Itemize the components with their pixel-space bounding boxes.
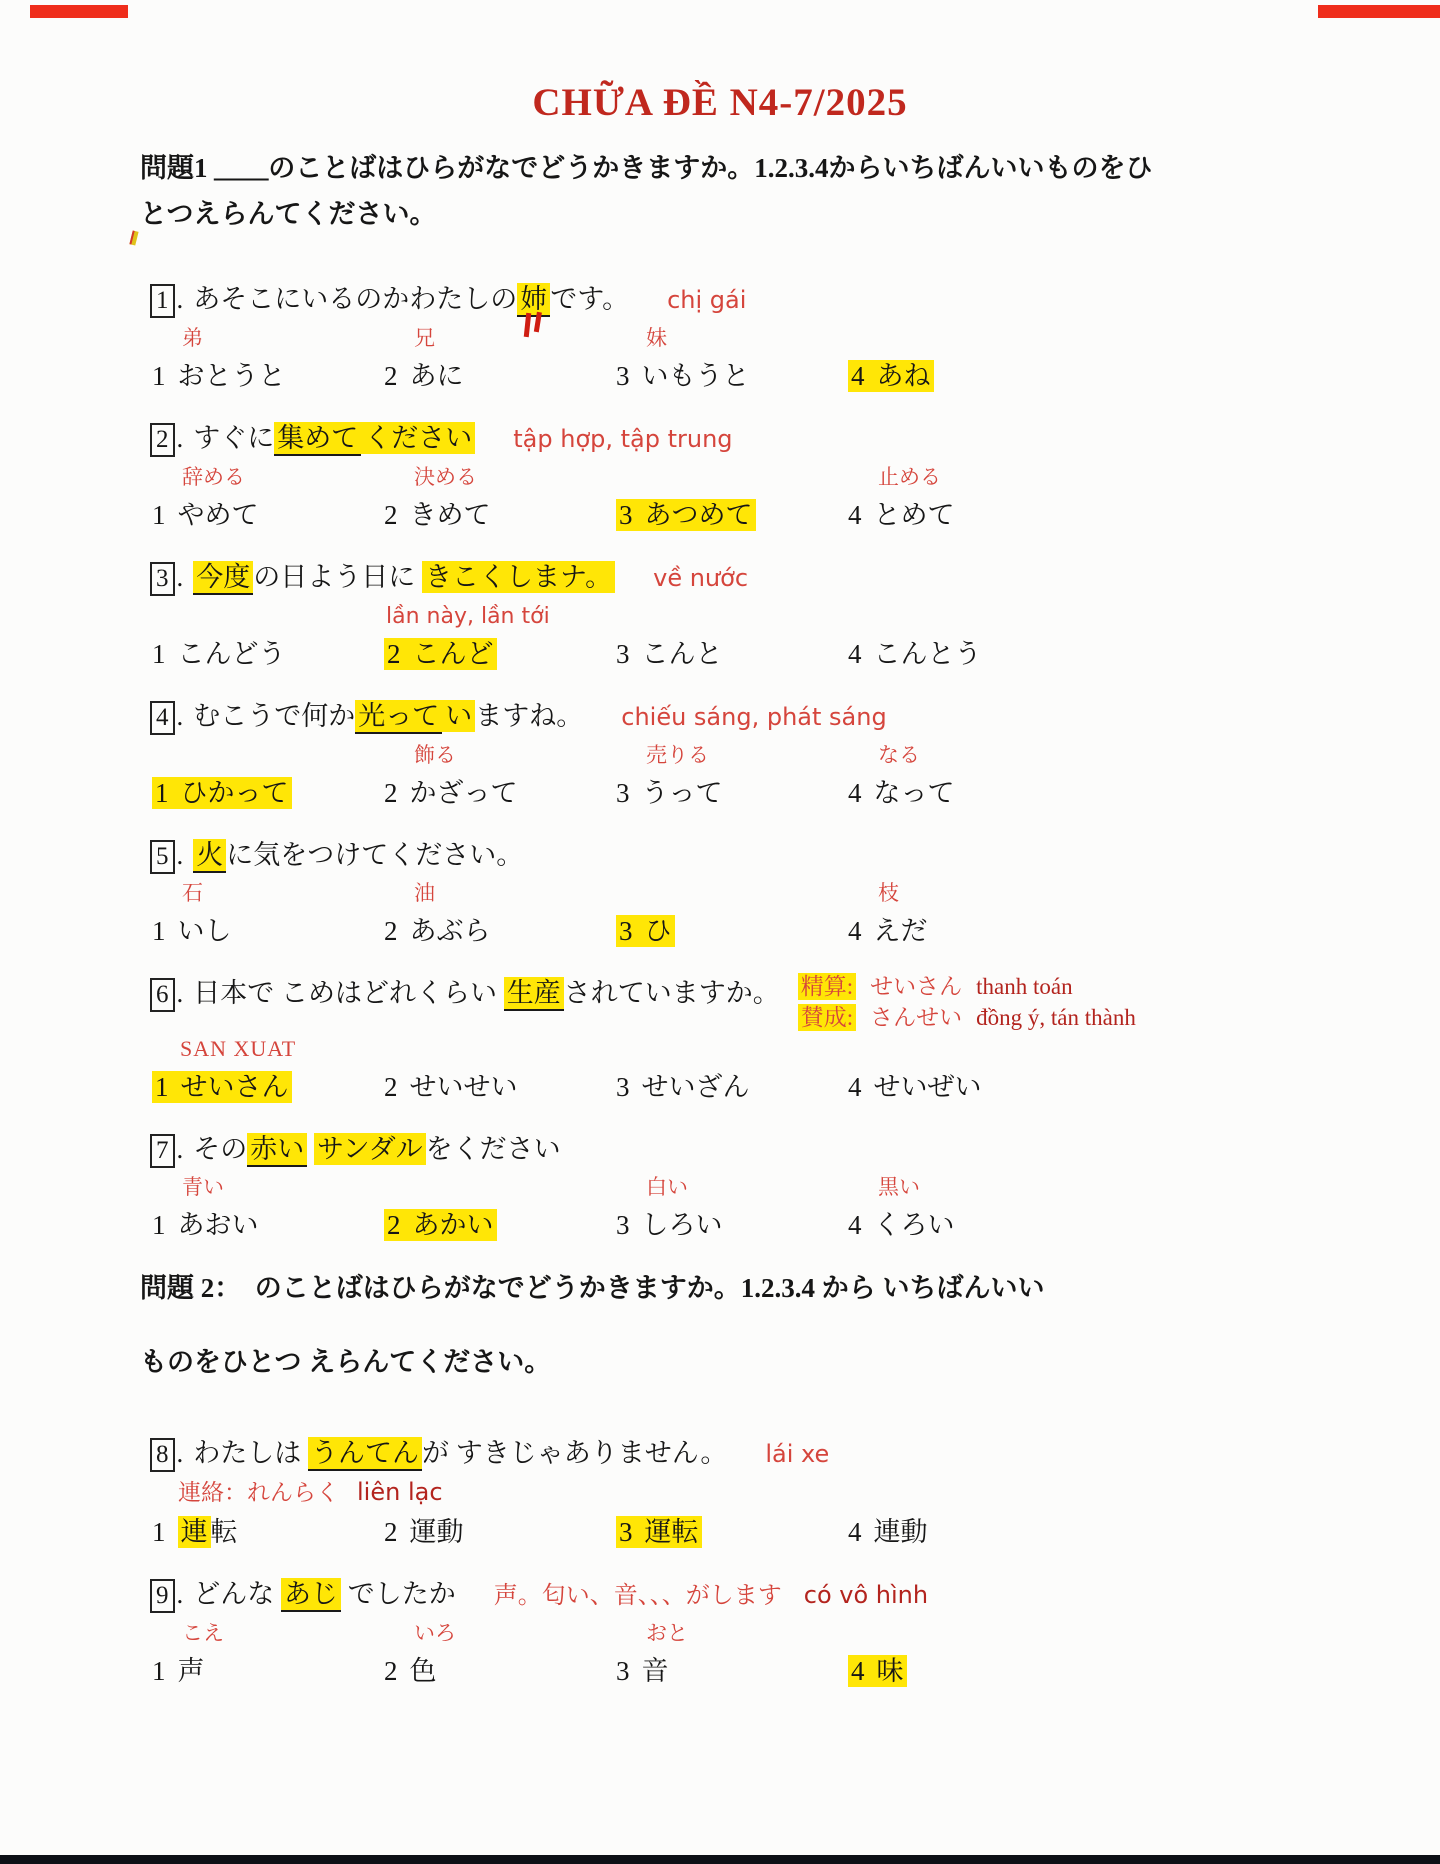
options-row: 1せいさん2せいせい3せいざん4せいぜい: [0, 1067, 1440, 1109]
option-content: 1いし: [152, 916, 232, 946]
furigana-annotation-row: 青い白い黒い: [0, 1171, 1440, 1205]
option-4: 4えだ: [848, 911, 1440, 953]
section-heading-line: 問題1 ＿＿のことばはひらがなでどうかきますか。1.2.3.4からいちばんいいも…: [140, 145, 1320, 191]
option-content: 4くろい: [848, 1210, 955, 1240]
red-annotation: có vô hình: [804, 1581, 928, 1609]
stem-text: 賛成:: [798, 1004, 856, 1031]
red-annotation: 声。匂い、音、、、がします: [494, 1581, 782, 1609]
question-stem: 8.わたしは うんてんが すきじゃありません。lái xe: [0, 1431, 1440, 1476]
question-number: 2: [150, 423, 175, 457]
option-2: 2運動: [384, 1512, 616, 1554]
option-number: 2: [384, 778, 398, 808]
stem-text: でしたか: [341, 1579, 456, 1609]
stem-text: うんてん: [308, 1437, 422, 1471]
furigana-cell: 止める: [848, 461, 1440, 495]
question-number: 9: [150, 1579, 175, 1613]
option-2: 2あかい: [384, 1205, 616, 1247]
question-number: 3: [150, 562, 175, 596]
section-2: 問題 2： のことばはひらがなでどうかきますか。1.2.3.4 から いちばんい…: [0, 1265, 1440, 1693]
furigana-cell: おと: [616, 1617, 848, 1651]
question-number-dot: .: [177, 423, 184, 453]
furigana-cell: 白い: [616, 1171, 848, 1205]
stem-text: されていますか。: [564, 978, 780, 1008]
stem-text: 姉: [517, 283, 550, 317]
furigana-note: 辞める: [152, 465, 245, 489]
furigana-note: いろ: [384, 1621, 456, 1645]
furigana-cell: こえ: [152, 1617, 384, 1651]
option-1: 1あおい: [152, 1205, 384, 1247]
stem-text: サンダル: [314, 1133, 426, 1165]
furigana-note: 青い: [152, 1175, 224, 1199]
stem-text: です。: [550, 284, 629, 314]
option-3: 3あつめて: [616, 495, 848, 537]
section-heading: 問題 2： のことばはひらがなでどうかきますか。1.2.3.4 から いちばんい…: [0, 1265, 1440, 1385]
question-number: 1: [150, 284, 175, 318]
option-number: 4: [848, 916, 862, 946]
option-2: 2せいせい: [384, 1067, 616, 1109]
question-stem: 5.火に気をつけてください。: [0, 833, 1440, 877]
option-2: 2こんど: [384, 634, 616, 676]
question-stem: 3.今度の日よう日に きこくしまナ。về nước: [0, 555, 1440, 600]
options-row: 1いし2あぶら3ひ4えだ: [0, 911, 1440, 953]
option-2: 2色: [384, 1651, 616, 1693]
section-1: 問題1 ＿＿のことばはひらがなでどうかきますか。1.2.3.4からいちばんいいも…: [0, 145, 1440, 1247]
option-text: あぶら: [410, 916, 491, 946]
option-text: おとうと: [178, 361, 286, 391]
furigana-annotation-row: 弟兄妹: [0, 322, 1440, 356]
option-number: 1: [152, 639, 166, 669]
furigana-cell: 弟: [152, 322, 384, 356]
furigana-note: 枝: [848, 881, 899, 905]
option-content: 4せいぜい: [848, 1072, 982, 1102]
option-number: 2: [384, 1072, 398, 1102]
option-text: せいさん: [181, 1072, 289, 1102]
option-number: 1: [155, 778, 169, 808]
option-number: 4: [851, 361, 865, 391]
option-3: 3運転: [616, 1512, 848, 1554]
option-number: 2: [384, 500, 398, 530]
furigana-cell: 枝: [848, 877, 1440, 911]
option-2: 2あぶら: [384, 911, 616, 953]
option-text: いもうと: [642, 361, 750, 391]
option-number: 3: [616, 1210, 630, 1240]
furigana-note: 油: [384, 881, 435, 905]
option-number: 4: [848, 1210, 862, 1240]
furigana-cell: 飾る: [384, 739, 616, 773]
option-content: 4連動: [848, 1517, 928, 1547]
option-content: 1声: [152, 1656, 205, 1686]
option-text: せいぜい: [874, 1072, 982, 1102]
stem-text: 転: [211, 1517, 238, 1547]
option-text: あかい: [413, 1210, 494, 1240]
question-stem: 2.すぐに集めてくださいtập hợp, tập trung: [0, 416, 1440, 461]
furigana-annotation-row: SAN XUAT: [0, 1033, 1440, 1067]
furigana-note: lần này, lần tới: [384, 604, 550, 629]
furigana-annotation-row: 飾る売りるなる: [0, 739, 1440, 773]
section-heading-line: 問題 2： のことばはひらがなでどうかきますか。1.2.3.4 から いちばんい…: [140, 1265, 1320, 1311]
furigana-annotation-row: 辞める決める止める: [0, 461, 1440, 495]
red-annotation: tập hợp, tập trung: [513, 425, 732, 453]
option-number: 2: [384, 1656, 398, 1686]
options-row: 1連転2運動3運転4連動: [0, 1512, 1440, 1554]
option-3: 3しろい: [616, 1205, 848, 1247]
option-text: 連動: [874, 1517, 928, 1547]
option-text: こんとう: [874, 639, 982, 669]
option-1: 1連転: [152, 1512, 384, 1554]
option-number: 3: [619, 500, 633, 530]
question-stem: 1.あそこにいるのかわたしの姉です。chị gái: [0, 277, 1440, 322]
question-number: 4: [150, 701, 175, 735]
option-content: 3こんと: [616, 639, 723, 669]
option-content: 2あぶら: [384, 916, 491, 946]
option-text: 色: [410, 1656, 437, 1686]
option-text: あつめて: [645, 500, 753, 530]
stem-text: 今度: [193, 561, 253, 595]
question-number: 5: [150, 840, 175, 874]
option-text: 音: [642, 1656, 669, 1686]
section-heading-line: ものをひとつ えらんてください。: [140, 1339, 1320, 1385]
option-text: いし: [178, 916, 232, 946]
option-text: えだ: [874, 916, 928, 946]
furigana-annotation-row: 石油枝: [0, 877, 1440, 911]
correct-answer-highlight: 3あつめて: [616, 499, 756, 531]
furigana-note: なる: [848, 743, 920, 767]
option-text: うって: [642, 778, 723, 808]
option-number: 2: [384, 361, 398, 391]
question-7: 7.その赤い サンダルをください青い白い黒い1あおい2あかい3しろい4くろい: [0, 1127, 1440, 1247]
option-content: 2せいせい: [384, 1072, 518, 1102]
option-number: 4: [848, 778, 862, 808]
option-number: 4: [848, 639, 862, 669]
option-3: 3ひ: [616, 911, 848, 953]
option-text: きめて: [410, 500, 491, 530]
red-annotation: 連絡：れんらく: [178, 1480, 339, 1505]
option-3: 3せいざん: [616, 1067, 848, 1109]
option-number: 1: [152, 1210, 166, 1240]
question-number-dot: .: [177, 978, 184, 1008]
furigana-cell: [848, 322, 1440, 356]
option-number: 1: [152, 916, 166, 946]
corner-redaction-bar-left: [30, 5, 128, 18]
option-text: あおい: [178, 1210, 259, 1240]
stem-text: 光って: [355, 700, 442, 734]
question-number-dot: .: [177, 1134, 184, 1164]
furigana-note: 売りる: [616, 743, 709, 767]
furigana-note: 兄: [384, 326, 435, 350]
option-3: 3うって: [616, 773, 848, 815]
furigana-cell: 決める: [384, 461, 616, 495]
option-content: 4とめて: [848, 500, 955, 530]
stem-text: が すきじゃありません。: [422, 1438, 727, 1468]
document-page: { "title": "CHỮA ĐỀ N4-7/2025", "colors"…: [0, 0, 1440, 1864]
question-6: 6.日本で こめはどれくらい 生産されていますか。精算:せいさんthanh to…: [0, 971, 1440, 1109]
option-4: 4せいぜい: [848, 1067, 1440, 1109]
option-text: くろい: [874, 1210, 955, 1240]
option-text: せいざん: [642, 1072, 750, 1102]
options-row: 1ひかって2かざって3うって4なって: [0, 773, 1440, 815]
options-row: 1あおい2あかい3しろい4くろい: [0, 1205, 1440, 1247]
question-5: 5.火に気をつけてください。石油枝1いし2あぶら3ひ4えだ: [0, 833, 1440, 953]
option-3: 3いもうと: [616, 356, 848, 398]
option-content: 2きめて: [384, 500, 491, 530]
question-8: 8.わたしは うんてんが すきじゃありません。lái xe連絡：れんらくliên…: [0, 1431, 1440, 1554]
furigana-cell: 売りる: [616, 739, 848, 773]
option-number: 2: [384, 916, 398, 946]
options-row: 1やめて2きめて3あつめて4とめて: [0, 495, 1440, 537]
stem-text: 火: [193, 839, 226, 873]
option-content: 3しろい: [616, 1210, 723, 1240]
question-number-dot: .: [177, 840, 184, 870]
option-content: 2かざって: [384, 778, 518, 808]
option-2: 2きめて: [384, 495, 616, 537]
furigana-note: 黒い: [848, 1175, 920, 1199]
question-number: 6: [150, 978, 175, 1012]
option-content: 4えだ: [848, 916, 928, 946]
options-row: 1声2色3音4味: [0, 1651, 1440, 1693]
furigana-cell: いろ: [384, 1617, 616, 1651]
option-4: 4あね: [848, 356, 1440, 398]
red-annotation: liên lạc: [357, 1478, 443, 1506]
furigana-cell: [616, 877, 848, 911]
question-number-dot: .: [177, 284, 184, 314]
option-number: 1: [155, 1072, 169, 1102]
furigana-cell: [384, 1033, 616, 1067]
option-number: 3: [616, 361, 630, 391]
option-text: やめて: [178, 500, 259, 530]
option-text: しろい: [642, 1210, 723, 1240]
furigana-cell: 黒い: [848, 1171, 1440, 1205]
option-text: かざって: [410, 778, 518, 808]
furigana-note: こえ: [152, 1621, 224, 1645]
option-number: 3: [616, 778, 630, 808]
option-4: 4こんとう: [848, 634, 1440, 676]
question-number: 7: [150, 1134, 175, 1168]
option-content: 1おとうと: [152, 361, 286, 391]
option-number: 3: [619, 916, 633, 946]
correct-answer-highlight: 2あかい: [384, 1209, 497, 1241]
option-number: 3: [616, 639, 630, 669]
option-4: 4味: [848, 1651, 1440, 1693]
correct-answer-highlight: 1せいさん: [152, 1071, 292, 1103]
option-1: 1いし: [152, 911, 384, 953]
stem-text: わたしは: [193, 1438, 308, 1468]
furigana-cell: [848, 1617, 1440, 1651]
option-content: 2あに: [384, 361, 464, 391]
question-stem: 6.日本で こめはどれくらい 生産されていますか。精算:せいさんthanh to…: [0, 971, 1440, 1033]
option-content: 1あおい: [152, 1210, 259, 1240]
stem-text: [307, 1134, 314, 1164]
option-text: なって: [874, 778, 955, 808]
option-number: 1: [152, 361, 166, 391]
question-4: 4.むこうで何か光っていますね。chiếu sáng, phát sáng飾る売…: [0, 694, 1440, 815]
furigana-note: 妹: [616, 326, 667, 350]
furigana-cell: SAN XUAT: [152, 1033, 384, 1067]
furigana-cell: [616, 600, 848, 634]
question-number: 8: [150, 1438, 175, 1472]
option-content: 3うって: [616, 778, 723, 808]
furigana-annotation-row: こえいろおと: [0, 1617, 1440, 1651]
option-number: 3: [616, 1072, 630, 1102]
corner-redaction-bar-right: [1318, 5, 1440, 18]
option-text: 運転: [645, 1517, 699, 1547]
red-annotation: chị gái: [667, 286, 746, 314]
question-2: 2.すぐに集めてくださいtập hợp, tập trung辞める決める止める1…: [0, 416, 1440, 537]
option-number: 1: [152, 1656, 166, 1686]
furigana-cell: [616, 1033, 848, 1067]
stem-text: 生産: [504, 977, 564, 1011]
furigana-note: SAN XUAT: [152, 1036, 296, 1061]
option-3: 3こんと: [616, 634, 848, 676]
option-1: 1声: [152, 1651, 384, 1693]
option-number: 4: [851, 1656, 865, 1686]
stem-text: どんな: [193, 1579, 281, 1609]
furigana-cell: 妹: [616, 322, 848, 356]
stem-text: あじ: [281, 1578, 341, 1612]
question-stem: 9.どんな あじ でしたか声。匂い、音、、、がしますcó vô hình: [0, 1572, 1440, 1617]
furigana-note: 止める: [848, 465, 941, 489]
option-text: 声: [178, 1656, 205, 1686]
page-title: CHỮA ĐỀ N4-7/2025: [0, 80, 1440, 125]
red-annotation: về nước: [653, 564, 748, 592]
question-1: 1.あそこにいるのかわたしの姉です。chị gái弟兄妹1おとうと2あに3いもう…: [0, 277, 1440, 398]
option-text: ひかって: [181, 778, 289, 808]
section-heading: 問題1 ＿＿のことばはひらがなでどうかきますか。1.2.3.4からいちばんいいも…: [0, 145, 1440, 237]
red-annotation: đồng ý, tán thành: [976, 1005, 1136, 1030]
question-9: 9.どんな あじ でしたか声。匂い、音、、、がしますcó vô hìnhこえいろ…: [0, 1572, 1440, 1693]
furigana-note: 弟: [152, 326, 203, 350]
option-number: 4: [848, 500, 862, 530]
option-content: 3せいざん: [616, 1072, 750, 1102]
option-text: あね: [877, 361, 931, 391]
furigana-annotation-row: lần này, lần tới: [0, 600, 1440, 634]
correct-answer-highlight: 4味: [848, 1655, 907, 1687]
furigana-cell: 青い: [152, 1171, 384, 1205]
correct-answer-highlight: 2こんど: [384, 638, 497, 670]
option-content: 3いもうと: [616, 361, 750, 391]
furigana-cell: 辞める: [152, 461, 384, 495]
furigana-cell: 油: [384, 877, 616, 911]
option-number: 2: [387, 639, 401, 669]
stem-text: の日よう日に: [253, 562, 422, 592]
stem-text: きこくしまナ。: [422, 561, 615, 593]
correct-answer-highlight: 3運転: [616, 1516, 702, 1548]
furigana-note: 石: [152, 881, 203, 905]
option-1: 1おとうと: [152, 356, 384, 398]
option-content: 3音: [616, 1656, 669, 1686]
furigana-cell: [616, 461, 848, 495]
furigana-cell: [848, 600, 1440, 634]
option-text: こんと: [642, 639, 723, 669]
correct-answer-highlight: 4あね: [848, 360, 934, 392]
option-2: 2かざって: [384, 773, 616, 815]
option-content: 1こんどう: [152, 639, 286, 669]
stem-text: 連: [178, 1516, 211, 1548]
option-4: 4連動: [848, 1512, 1440, 1554]
option-number: 3: [619, 1517, 633, 1547]
option-text: こんど: [413, 639, 494, 669]
stem-text: 集めて: [274, 422, 361, 456]
furigana-note: 白い: [616, 1175, 688, 1199]
option-4: 4くろい: [848, 1205, 1440, 1247]
furigana-cell: [152, 739, 384, 773]
option-number: 1: [152, 1517, 166, 1547]
option-2: 2あに: [384, 356, 616, 398]
stem-text: 日本で こめはどれくらい: [193, 978, 504, 1008]
question-3: 3.今度の日よう日に きこくしまナ。về nướclần này, lần tớ…: [0, 555, 1440, 676]
option-number: 4: [848, 1072, 862, 1102]
option-content: 1やめて: [152, 500, 259, 530]
stem-text: ますね。: [475, 701, 583, 731]
option-text: あに: [410, 361, 464, 391]
stem-text: に気をつけてください。: [226, 840, 523, 870]
option-number: 3: [616, 1656, 630, 1686]
option-text: 運動: [410, 1517, 464, 1547]
option-content: 2運動: [384, 1517, 464, 1547]
option-1: 1せいさん: [152, 1067, 384, 1109]
stem-text: をください: [426, 1134, 561, 1164]
furigana-cell: lần này, lần tới: [384, 600, 616, 634]
stem-text: 精算:: [798, 973, 856, 1000]
furigana-cell: [384, 1171, 616, 1205]
option-content: 2色: [384, 1656, 437, 1686]
furigana-cell: 兄: [384, 322, 616, 356]
red-annotation: chiếu sáng, phát sáng: [621, 703, 886, 731]
bottom-edge-bar: [0, 1855, 1440, 1864]
red-annotation: せいさん: [870, 974, 962, 999]
option-3: 3音: [616, 1651, 848, 1693]
stem-text: むこうで何か: [193, 701, 355, 731]
stem-text: その: [193, 1134, 247, 1164]
option-number: 2: [387, 1210, 401, 1240]
option-content: 4こんとう: [848, 639, 982, 669]
option-text: こんどう: [178, 639, 286, 669]
furigana-note: おと: [616, 1621, 688, 1645]
red-annotation: lái xe: [765, 1440, 829, 1468]
kanji-side-note-block: 精算:せいさんthanh toán賛成:さんせいđồng ý, tán thàn…: [798, 971, 1150, 1033]
correct-answer-highlight: 1ひかって: [152, 777, 292, 809]
correct-answer-highlight: 3ひ: [616, 915, 675, 947]
stem-text: すぐに: [193, 423, 274, 453]
option-content: 4なって: [848, 778, 955, 808]
stem-text: あそこにいるのかわたしの: [193, 284, 517, 314]
option-number: 2: [384, 1517, 398, 1547]
options-row: 1おとうと2あに3いもうと4あね: [0, 356, 1440, 398]
furigana-cell: [152, 600, 384, 634]
stem-text: 赤い: [247, 1133, 307, 1167]
options-row: 1こんどう2こんど3こんと4こんとう: [0, 634, 1440, 676]
option-number: 1: [152, 500, 166, 530]
stem-text: い: [442, 700, 475, 732]
question-number-dot: .: [177, 1579, 184, 1609]
question-stem: 4.むこうで何か光っていますね。chiếu sáng, phát sáng: [0, 694, 1440, 739]
furigana-note: 飾る: [384, 743, 456, 767]
option-text: 味: [877, 1656, 904, 1686]
question-number-dot: .: [177, 701, 184, 731]
red-annotation: thanh toán: [976, 974, 1072, 999]
option-1: 1こんどう: [152, 634, 384, 676]
section-heading-line: とつえらんてください。: [140, 191, 1320, 237]
option-text: せいせい: [410, 1072, 518, 1102]
option-1: 1ひかって: [152, 773, 384, 815]
question-number-dot: .: [177, 1438, 184, 1468]
option-content: 1連転: [152, 1517, 238, 1547]
option-text: とめて: [874, 500, 955, 530]
furigana-cell: なる: [848, 739, 1440, 773]
question-number-dot: .: [177, 562, 184, 592]
furigana-cell: [848, 1033, 1440, 1067]
option-4: 4とめて: [848, 495, 1440, 537]
stem-text: ください: [361, 422, 475, 454]
